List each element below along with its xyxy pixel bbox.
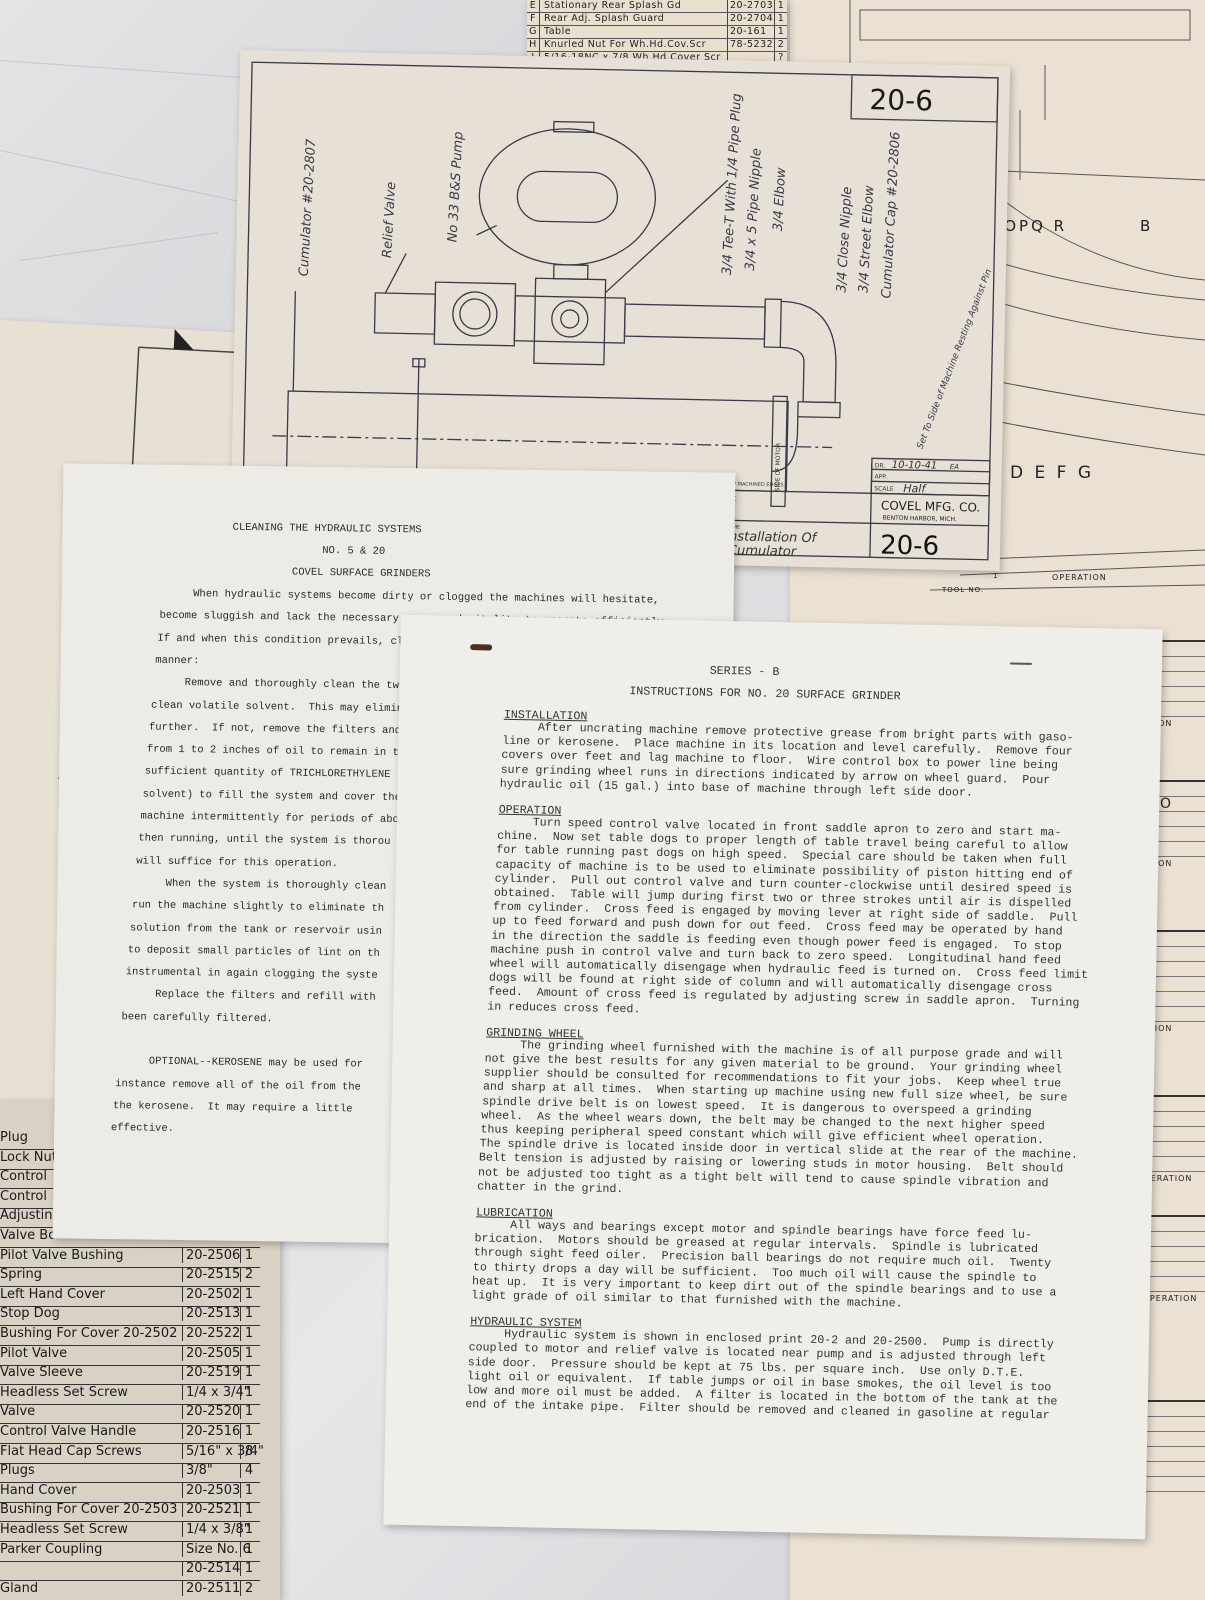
parts-number: 5/16" x 3/4" bbox=[182, 1444, 238, 1459]
cleaning-doc-line: will suffice for this operation. bbox=[136, 855, 338, 870]
staple-mark bbox=[470, 644, 492, 650]
parts-list-row: Parker CouplingSize No. 61 bbox=[0, 1542, 260, 1562]
cleaning-doc-line: instance remove all of the oil from the bbox=[115, 1078, 361, 1093]
parts-qty: 1 bbox=[240, 1365, 257, 1380]
label-cumulator: Cumulator #20-2807 bbox=[297, 138, 320, 277]
parts-name: Headless Set Screw bbox=[0, 1385, 178, 1400]
parts-list-row: Pilot Valve20-25051 bbox=[0, 1346, 260, 1366]
parts-list-row: HKnurled Nut For Wh.Hd.Cov.Scr78-52322 bbox=[527, 39, 787, 52]
parts-name: Headless Set Screw bbox=[0, 1522, 178, 1537]
parts-number: 20-2514 bbox=[182, 1561, 238, 1576]
parts-list-row: Pilot Valve Bushing20-25061 bbox=[0, 1248, 260, 1268]
parts-qty: 1 bbox=[240, 1404, 257, 1419]
marble-vein bbox=[0, 150, 254, 205]
parts-number: 20-2505 bbox=[182, 1346, 238, 1361]
company-name: COVEL MFG. CO. bbox=[881, 499, 981, 515]
marble-vein bbox=[20, 232, 218, 261]
parts-number: 20-2519 bbox=[182, 1365, 238, 1380]
cleaning-doc-line: When the system is thoroughly clean bbox=[134, 877, 386, 893]
cleaning-doc-line: then running, until the system is thorou bbox=[138, 833, 390, 849]
parts-list-row: Flat Head Cap Screws5/16" x 3/4"8 bbox=[0, 1444, 260, 1464]
label-set-to-side: Set To Side of Machine Resting Against P… bbox=[916, 268, 995, 451]
parts-list-row: Left Hand Cover20-25021 bbox=[0, 1287, 260, 1307]
parts-number: 20-2513 bbox=[182, 1306, 238, 1321]
parts-list-row: GTable20-1611 bbox=[527, 26, 787, 39]
cleaning-doc-line: When hydraulic systems become dirty or c… bbox=[162, 588, 660, 607]
parts-name: Hand Cover bbox=[0, 1483, 178, 1498]
parts-letter: F bbox=[527, 13, 540, 25]
parts-list-row: Gland20-25112 bbox=[0, 1581, 260, 1600]
section-line: in reduces cross feed. bbox=[487, 1000, 640, 1016]
parts-list-row: Valve20-25201 bbox=[0, 1404, 260, 1424]
parts-number: 20-2511 bbox=[182, 1581, 238, 1596]
parts-qty: 1 bbox=[240, 1424, 257, 1439]
parts-name: Spring bbox=[0, 1267, 178, 1282]
top-parts-list: EStationary Rear Splash Gd20-27031FRear … bbox=[527, 0, 787, 62]
series-label: SERIES - B bbox=[710, 665, 780, 679]
cleaning-doc-line: clean volatile solvent. This may elimina bbox=[151, 699, 409, 715]
cleaning-doc-line: instrumental in again clogging the syste bbox=[126, 966, 378, 982]
parts-name: Valve Sleeve bbox=[0, 1365, 178, 1380]
parts-name: Gland bbox=[0, 1581, 178, 1596]
tool-no-label: TOOL NO. bbox=[942, 586, 984, 594]
parts-qty: 1 bbox=[775, 0, 787, 12]
parts-qty: 8 bbox=[240, 1444, 257, 1459]
cleaning-doc-line: run the machine slightly to eliminate th bbox=[132, 900, 384, 916]
drawing-number-top: 20-6 bbox=[869, 83, 933, 117]
parts-number: 20-2516 bbox=[182, 1424, 238, 1439]
parts-name: Plugs bbox=[0, 1463, 178, 1478]
cleaning-doc-line: effective. bbox=[111, 1122, 174, 1135]
parts-number: 1/4 x 3/8" bbox=[182, 1522, 238, 1537]
parts-list-row: EStationary Rear Splash Gd20-27031 bbox=[527, 0, 787, 13]
parts-letter: E bbox=[527, 0, 540, 12]
parts-list-row: Plugs3/8"4 bbox=[0, 1463, 260, 1483]
parts-name: Rear Adj. Splash Guard bbox=[540, 13, 728, 25]
parts-qty: 2 bbox=[240, 1581, 257, 1596]
dr-initials: EA bbox=[950, 463, 960, 471]
dr-label: DR. bbox=[875, 462, 886, 469]
label-elbow: 3/4 Elbow bbox=[771, 167, 790, 232]
parts-qty: 1 bbox=[240, 1483, 257, 1498]
label-pump: No 33 B&S Pump bbox=[445, 131, 466, 243]
parts-list-row: 20-25141 bbox=[0, 1561, 260, 1581]
parts-list-row: Headless Set Screw1/4 x 3/4"1 bbox=[0, 1385, 260, 1405]
scale-value: Half bbox=[903, 482, 927, 496]
parts-qty: 1 bbox=[240, 1326, 257, 1341]
cleaning-doc-line: from 1 to 2 inches of oil to remain in t… bbox=[147, 744, 405, 760]
operation-block bbox=[1145, 1400, 1205, 1492]
parts-qty: 2 bbox=[775, 39, 787, 51]
staple-mark bbox=[1010, 662, 1032, 664]
parts-qty: 1 bbox=[240, 1561, 257, 1576]
parts-list-row: Stop Dog20-25131 bbox=[0, 1306, 260, 1326]
cleaning-doc-line: to deposit small particles of lint on th bbox=[128, 944, 380, 960]
parts-letter: G bbox=[527, 26, 540, 38]
parts-list-row: Bushing For Cover 20-250320-25211 bbox=[0, 1502, 260, 1522]
parts-name: Parker Coupling bbox=[0, 1542, 178, 1557]
cleaning-doc-line: further. If not, remove the filters and bbox=[149, 721, 401, 737]
label-cumulator-cap: Cumulator Cap #20-2806 bbox=[879, 131, 903, 299]
label-street-elbow: 3/4 Street Elbow bbox=[856, 185, 877, 294]
cleaning-doc-title: CLEANING THE HYDRAULIC SYSTEMS bbox=[232, 522, 421, 537]
label-relief-valve: Relief Valve bbox=[380, 181, 399, 258]
parts-list-row: Bushing For Cover 20-250220-25221 bbox=[0, 1326, 260, 1346]
cleaning-doc-line: If and when this condition prevails, cle… bbox=[157, 632, 415, 648]
parts-name: Flat Head Cap Screws bbox=[0, 1444, 178, 1459]
parts-qty: 4 bbox=[240, 1463, 257, 1478]
operation-label: OPERATION bbox=[1052, 573, 1107, 582]
parts-qty: 1 bbox=[240, 1502, 257, 1517]
parts-qty: 1 bbox=[240, 1542, 257, 1557]
parts-number: 1/4 x 3/4" bbox=[182, 1385, 238, 1400]
parts-number: 20-2506 bbox=[182, 1248, 238, 1263]
parts-qty: 1 bbox=[240, 1346, 257, 1361]
parts-qty: 1 bbox=[240, 1287, 257, 1302]
parts-list-row: Spring20-25152 bbox=[0, 1267, 260, 1287]
parts-list-row: Valve Sleeve20-25191 bbox=[0, 1365, 260, 1385]
cleaning-doc-line: sufficient quantity of TRICHLORETHYLENE bbox=[145, 766, 391, 781]
column-number: 1 bbox=[993, 572, 1000, 580]
parts-number: 20-2502 bbox=[182, 1287, 238, 1302]
parts-name: Stationary Rear Splash Gd bbox=[540, 0, 728, 12]
cleaning-doc-line: OPTIONAL--KEROSENE may be used for bbox=[117, 1055, 363, 1070]
parts-qty: 1 bbox=[240, 1248, 257, 1263]
parts-list-row: Hand Cover20-25031 bbox=[0, 1483, 260, 1503]
label-close-nipple: 3/4 Close Nipple bbox=[834, 186, 855, 293]
instructions-no20-surface-grinder-document: SERIES - B INSTRUCTIONS FOR NO. 20 SURFA… bbox=[383, 615, 1162, 1539]
parts-number: Size No. 6 bbox=[182, 1542, 238, 1557]
parts-qty: 1 bbox=[240, 1385, 257, 1400]
parts-number: 78-5232 bbox=[728, 39, 775, 51]
parts-number: 20-2522 bbox=[182, 1326, 238, 1341]
parts-number: 3/8" bbox=[182, 1463, 238, 1478]
parts-name: Valve bbox=[0, 1404, 178, 1419]
instructions-title: INSTRUCTIONS FOR NO. 20 SURFACE GRINDER bbox=[629, 685, 901, 703]
parts-number: 20-2515 bbox=[182, 1267, 238, 1282]
parts-name: Stop Dog bbox=[0, 1306, 178, 1321]
parts-name: Bushing For Cover 20-2502 bbox=[0, 1326, 178, 1341]
dr-date: 10-10-41 bbox=[892, 460, 938, 472]
cleaning-doc-line: manner: bbox=[155, 655, 199, 668]
cleaning-doc-line: been carefully filtered. bbox=[121, 1011, 272, 1025]
parts-letter: H bbox=[527, 39, 540, 51]
cleaning-doc-subtitle: NO. 5 & 20 bbox=[322, 545, 385, 558]
section-line: chatter in the grind. bbox=[477, 1180, 623, 1196]
cleaning-doc-line: Remove and thoroughly clean the two bbox=[153, 677, 405, 693]
parts-name: Table bbox=[540, 26, 728, 38]
parts-number: 20-2704 bbox=[728, 13, 775, 25]
parts-number: 20-2521 bbox=[182, 1502, 238, 1517]
cleaning-doc-subtitle2: COVEL SURFACE GRINDERS bbox=[292, 567, 431, 581]
parts-number: 20-2503 bbox=[182, 1483, 238, 1498]
parts-qty: 1 bbox=[240, 1522, 257, 1537]
parts-number: 20-2520 bbox=[182, 1404, 238, 1419]
parts-qty: 2 bbox=[240, 1267, 257, 1282]
parts-number: 20-2703 bbox=[728, 0, 775, 12]
parts-list-row: Headless Set Screw1/4 x 3/8"1 bbox=[0, 1522, 260, 1542]
parts-qty: 1 bbox=[775, 26, 787, 38]
cleaning-doc-line: Replace the filters and refill with bbox=[124, 989, 376, 1005]
scale-label: SCALE bbox=[874, 485, 894, 492]
drawing-name-2: Cumulator bbox=[728, 543, 798, 559]
cleaning-doc-line: solvent) to fill the system and cover th… bbox=[143, 788, 401, 804]
parts-name: Knurled Nut For Wh.Hd.Cov.Scr bbox=[540, 39, 728, 51]
parts-name: Control Valve Handle bbox=[0, 1424, 178, 1439]
parts-name: Bushing For Cover 20-2503 bbox=[0, 1502, 178, 1517]
parts-list-row: FRear Adj. Splash Guard20-27041 bbox=[527, 13, 787, 26]
app-label: APP. bbox=[874, 473, 887, 480]
blueprint-letters-defg: D E F G bbox=[1010, 463, 1094, 483]
parts-name: Pilot Valve Bushing bbox=[0, 1248, 178, 1263]
parts-list-row: Control Valve Handle20-25161 bbox=[0, 1424, 260, 1444]
company-location: BENTON HARBOR, MICH. bbox=[883, 515, 957, 524]
cleaning-doc-line: machine intermittently for periods of ab… bbox=[140, 810, 398, 826]
parts-name: Left Hand Cover bbox=[0, 1287, 178, 1302]
label-pipe-nipple: 3/4 x 5 Pipe Nipple bbox=[743, 148, 765, 271]
parts-number: 20-161 bbox=[728, 26, 775, 38]
parts-qty: 1 bbox=[775, 13, 787, 25]
parts-qty: 1 bbox=[240, 1306, 257, 1321]
cleaning-doc-line: the kerosene. It may require a little bbox=[113, 1100, 353, 1115]
cleaning-doc-line: solution from the tank or reservoir usin bbox=[130, 922, 382, 938]
parts-name: Pilot Valve bbox=[0, 1346, 178, 1361]
drawing-number-block: 20-6 bbox=[880, 531, 940, 562]
blueprint-letter-b: B bbox=[1140, 217, 1153, 235]
